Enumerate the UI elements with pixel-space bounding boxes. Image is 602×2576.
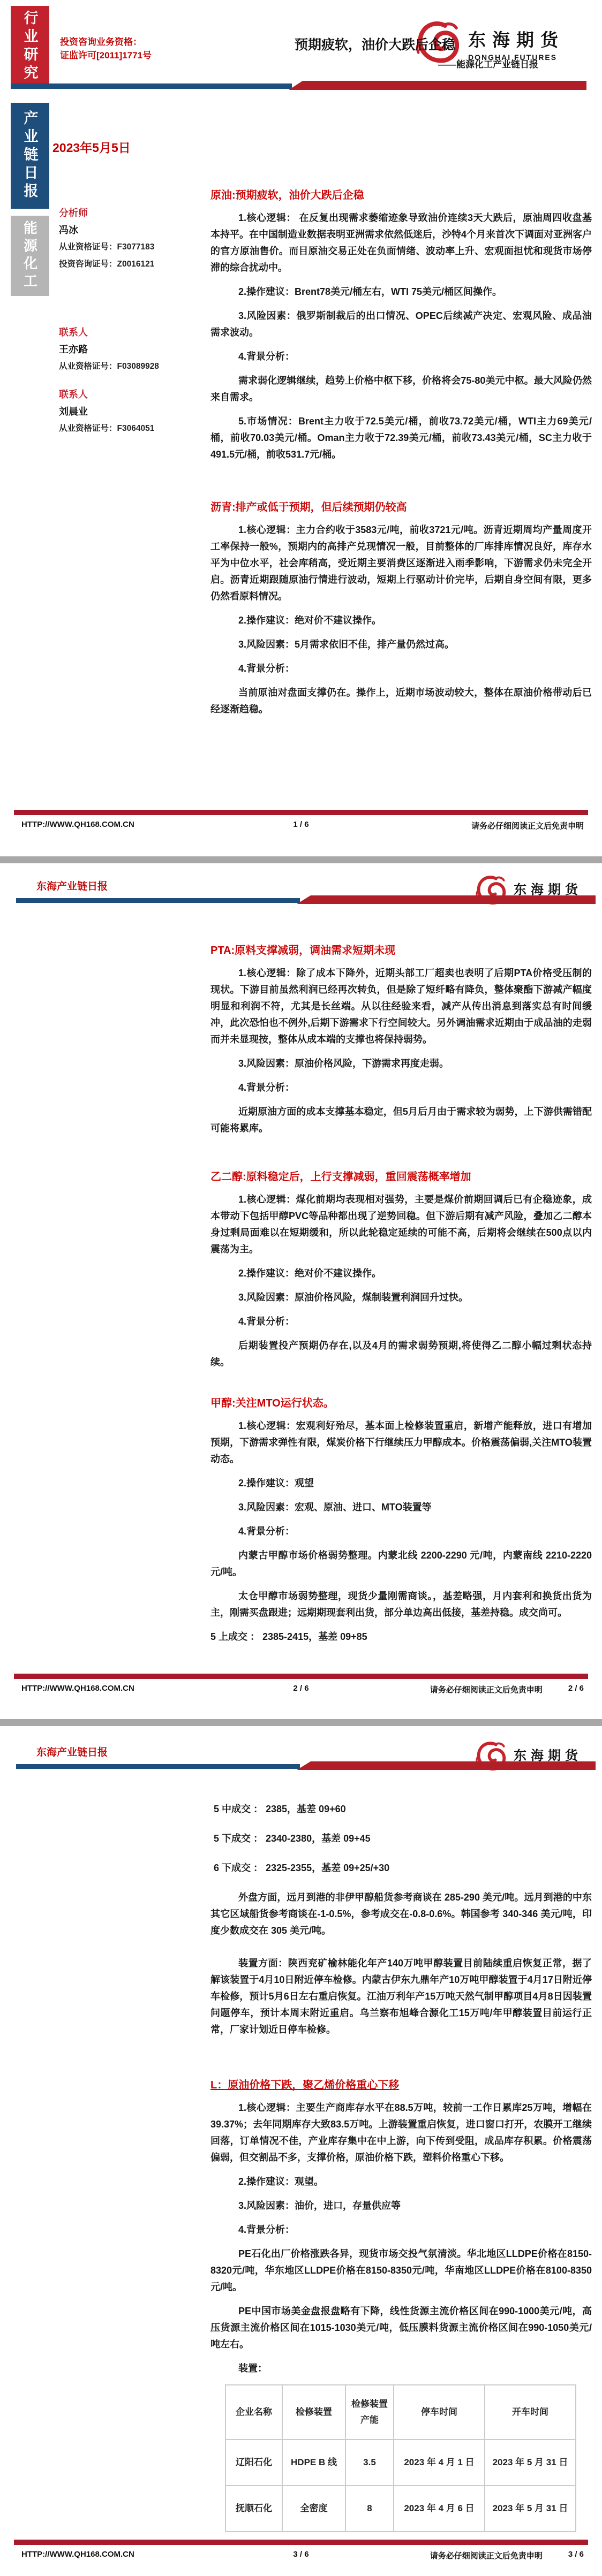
page-header-title: 东海产业链日报	[36, 1744, 108, 1759]
page3-body: 5 中成交 ： 2385，基差 09+60 5 下成交 ： 2340-2380，…	[210, 1801, 592, 2532]
sidebar-tag-industry-chain-daily: 产业链日报	[11, 103, 49, 209]
report-subtitle: ——能源化工产业链日报	[214, 57, 538, 70]
pe-maintenance-table: 企业名称 检修装置 检修装置产能 停车时间 开车时间 辽阳石化 HDPE B 线…	[225, 2384, 576, 2532]
pta-risk-factors: 3.风险因素：原油价格风险，下游需求再度走弱。	[210, 1055, 592, 1072]
meg-risk-factors: 3.风险因素：原油价格风险，煤制装置利润回升过快。	[210, 1289, 592, 1306]
meg-core-logic: 1.核心逻辑：煤化前期均表现相对强势，主要是煤价前期回调后已有企稳迹象，成本带动…	[210, 1191, 592, 1258]
methanol-deal-may-upper: 5 上成交 ： 2385-2415，基差 09+85	[210, 1629, 592, 1645]
cell-restart-time: 2023 年 5 月 31 日	[485, 2486, 576, 2532]
report-main-title: 预期疲软，油价大跌后企稳	[182, 34, 568, 54]
header-divider-bar	[11, 81, 586, 90]
qualification-line-2: 证监许可[2011]1771号	[60, 49, 152, 62]
bitumen-operation-advice: 2.操作建议：绝对价不建议操作。	[210, 612, 592, 629]
pta-background-text: 近期原油方面的成本支撑基本稳定，但5月后月由于需求较为弱势，上下游供需错配可能将…	[210, 1104, 592, 1137]
oil-background-text: 需求弱化逻辑继续，趋势上价格中枢下移，价格将会75-80美元中枢。最大风险仍然来…	[210, 373, 592, 406]
pe-usd-market-prices: PE中国市场美金盘报盘略有下降，线性货源主流价格区间在990-1000美元/吨，…	[210, 2303, 592, 2353]
cell-stop-time: 2023 年 4 月 6 日	[394, 2486, 485, 2532]
table-header-row: 企业名称 检修装置 检修装置产能 停车时间 开车时间	[225, 2385, 576, 2440]
page-header-title: 东海产业链日报	[36, 878, 108, 893]
footer-disclaimer: 请务必仔细阅读正文后免责申明	[430, 1684, 543, 1695]
oil-risk-factors: 3.风险因素：俄罗斯制裁后的出口情况、OPEC后续减产决定、宏观风险、成品油需求…	[210, 308, 592, 341]
methanol-core-logic: 1.核心逻辑：宏观利好殆尽，基本面上检修装置重启，新增产能释放，进口有增加预期，…	[210, 1418, 592, 1468]
cell-stop-time: 2023 年 4 月 1 日	[394, 2440, 485, 2486]
donghai-futures-logo: 东海期货 DONGHAI FUTURES	[474, 1739, 582, 1776]
sidebar-tag-energy-chemical: 能源化工	[11, 216, 49, 296]
methanol-external-market: 外盘方面，远月到港的非伊甲醇船货参考商谈在 285-290 美元/吨。远月到港的…	[210, 1889, 592, 1939]
page-2: 东海产业链日报 东海期货 DONGHAI FUTURES PTA:原料支撑减弱，…	[0, 863, 602, 1719]
section-title-pta: PTA:原料支撑减弱，调油需求短期未现	[210, 944, 592, 958]
pta-background-label: 4.背景分析：	[210, 1080, 592, 1096]
footer-page-number-right: 2 / 6	[568, 1684, 584, 1695]
oil-operation-advice: 2.操作建议：Brent78美元/桶左右，WTI 75美元/桶区间操作。	[210, 284, 592, 300]
pe-operation-advice: 2.操作建议：观望。	[210, 2174, 592, 2190]
qualification-line-1: 投资咨询业务资格：	[60, 35, 152, 49]
qualification-block: 投资咨询业务资格： 证监许可[2011]1771号	[60, 35, 152, 62]
analyst-role-label: 分析师	[59, 204, 209, 222]
header-divider-bar	[16, 1761, 596, 1770]
oil-market-situation: 5.市场情况：Brent主力收于72.5美元/桶，前收73.72美元/桶，WTI…	[210, 413, 592, 463]
cell-capacity: 8	[345, 2486, 394, 2532]
bitumen-risk-factors: 3.风险因素：5月需求依旧不佳，排产量仍然过高。	[210, 636, 592, 653]
methanol-risk-factors: 3.风险因素：宏观、原油、进口、MTO装置等	[210, 1499, 592, 1516]
page1-body: 原油:预期疲软，油价大跌后企稳 1.核心逻辑： 在反复出现需求萎缩迹象导致油价连…	[210, 188, 592, 725]
col-company: 企业名称	[225, 2385, 282, 2440]
table-row: 辽阳石化 HDPE B 线 3.5 2023 年 4 月 1 日 2023 年 …	[225, 2440, 576, 2486]
analyst-panel: 分析师 冯冰 从业资格证号：F3077183 投资咨询证号：Z0016121 联…	[59, 204, 209, 437]
footer-page-number-right: 3 / 6	[568, 2550, 584, 2561]
header-divider-bar	[16, 895, 596, 904]
contact2-role-label: 联系人	[59, 386, 209, 403]
methanol-inner-mongolia-price: 内蒙古甲醇市场价格弱势整理。内蒙北线 2200-2290 元/吨，内蒙南线 22…	[210, 1547, 592, 1580]
report-date: 2023年5月5日	[52, 138, 131, 156]
section-title-meg: 乙二醇:原料稳定后，上行支撑减弱，重回震荡概率增加	[210, 1170, 592, 1184]
cell-capacity: 3.5	[345, 2440, 394, 2486]
section-title-bitumen: 沥青:排产或低于预期，但后续预期仍较高	[210, 500, 592, 514]
oil-core-logic: 1.核心逻辑： 在反复出现需求萎缩迹象导致油价连续3天大跌后，原油周四收盘基本持…	[210, 210, 592, 276]
methanol-background-label: 4.背景分析：	[210, 1523, 592, 1540]
page2-body: PTA:原料支撑减弱，调油需求短期未现 1.核心逻辑：除了成本下降外，近期头部工…	[210, 944, 592, 1653]
section-title-crude-oil: 原油:预期疲软，油价大跌后企稳	[210, 188, 592, 202]
section-title-methanol: 甲醇:关注MTO运行状态。	[210, 1396, 592, 1410]
meg-background-text: 后期装置投产预期仍存在,以及4月的需求弱势预期,将使得乙二醇小幅过剩状态持续。	[210, 1338, 592, 1371]
cell-unit: 全密度	[282, 2486, 345, 2532]
contact2-cert: 从业资格证号：F3064051	[59, 420, 209, 437]
col-unit: 检修装置	[282, 2385, 345, 2440]
dragon-logo-icon	[474, 1739, 508, 1776]
footer-divider-bar	[14, 810, 588, 815]
donghai-futures-logo: 东海期货 DONGHAI FUTURES	[474, 873, 582, 910]
pe-core-logic: 1.核心逻辑：主要生产商库存水平在88.5万吨，较前一工作日累库25万吨，增幅在…	[210, 2100, 592, 2166]
contact2-name: 刘晨业	[59, 403, 209, 420]
methanol-taicang-market: 太仓甲醇市场弱势整理，现货少量刚需商谈。，基差略强，月内套利和换货出货为主，刚需…	[210, 1588, 592, 1621]
pe-plants-label: 装置：	[210, 2360, 592, 2377]
analyst-name: 冯冰	[59, 222, 209, 239]
bitumen-background-label: 4.背景分析：	[210, 660, 592, 677]
methanol-operation-advice: 2.操作建议：观望	[210, 1475, 592, 1492]
pe-background-label: 4.背景分析：	[210, 2222, 592, 2238]
logo-chinese-name: 东海期货	[514, 879, 582, 898]
cell-unit: HDPE B 线	[282, 2440, 345, 2486]
cell-company: 辽阳石化	[225, 2440, 282, 2486]
page-separator	[0, 1719, 602, 1726]
pe-domestic-prices: PE石化出厂价格涨跌各异，现货市场交投气氛清淡。华北地区LLDPE价格在8150…	[210, 2246, 592, 2296]
footer-divider-bar	[14, 2540, 588, 2545]
page-1: 行业研究 投资咨询业务资格： 证监许可[2011]1771号 东海期货 DONG…	[0, 0, 602, 856]
meg-background-label: 4.背景分析：	[210, 1313, 592, 1330]
pta-core-logic: 1.核心逻辑：除了成本下降外，近期头部工厂超卖也表明了后期PTA价格受压制的现状…	[210, 965, 592, 1048]
pe-risk-factors: 3.风险因素：油价，进口，存量供应等	[210, 2198, 592, 2214]
footer-divider-bar	[14, 1674, 588, 1679]
logo-chinese-name: 东海期货	[514, 1745, 582, 1764]
bitumen-core-logic: 1.核心逻辑：主力合约收于3583元/吨，前收3721元/吨。沥青近期周均产量周…	[210, 522, 592, 605]
col-capacity: 检修装置产能	[345, 2385, 394, 2440]
methanol-deal-june-lower: 6 下成交 ： 2325-2355，基差 09+25/+30	[210, 1860, 592, 1876]
oil-background-label: 4.背景分析：	[210, 348, 592, 365]
footer-disclaimer: 请务必仔细阅读正文后免责申明	[471, 820, 584, 831]
contact1-cert: 从业资格证号：F03089928	[59, 358, 209, 375]
bitumen-background-text: 当前原油对盘面支撑仍在。操作上，近期市场波动较大，整体在原油价格带动后已经逐渐趋…	[210, 685, 592, 718]
methanol-deal-may-mid: 5 中成交 ： 2385，基差 09+60	[210, 1801, 592, 1818]
dragon-logo-icon	[474, 873, 508, 910]
page-3: 东海产业链日报 东海期货 DONGHAI FUTURES 5 中成交 ： 238…	[0, 1726, 602, 2576]
table-row: 抚顺石化 全密度 8 2023 年 4 月 6 日 2023 年 5 月 31 …	[225, 2486, 576, 2532]
section-title-polyethylene: L：原油价格下跌，聚乙烯价格重心下移	[210, 2078, 592, 2092]
contact1-name: 王亦路	[59, 341, 209, 358]
meg-operation-advice: 2.操作建议：绝对价不建议操作。	[210, 1265, 592, 1282]
analyst-cert-2: 投资咨询证号：Z0016121	[59, 256, 209, 273]
page-separator	[0, 856, 602, 863]
sidebar-tag-industry-research: 行业研究	[11, 6, 49, 87]
footer-disclaimer: 请务必仔细阅读正文后免责申明	[430, 2550, 543, 2561]
col-stop-time: 停车时间	[394, 2385, 485, 2440]
cell-restart-time: 2023 年 5 月 31 日	[485, 2440, 576, 2486]
cell-company: 抚顺石化	[225, 2486, 282, 2532]
methanol-deal-may-lower: 5 下成交 ： 2340-2380，基差 09+45	[210, 1830, 592, 1847]
methanol-plant-status: 装置方面：陕西兖矿榆林能化年产140万吨甲醇装置目前陆续重启恢复正常，据了解该装…	[210, 1955, 592, 2038]
analyst-cert-1: 从业资格证号：F3077183	[59, 239, 209, 256]
col-restart-time: 开车时间	[485, 2385, 576, 2440]
contact1-role-label: 联系人	[59, 324, 209, 341]
